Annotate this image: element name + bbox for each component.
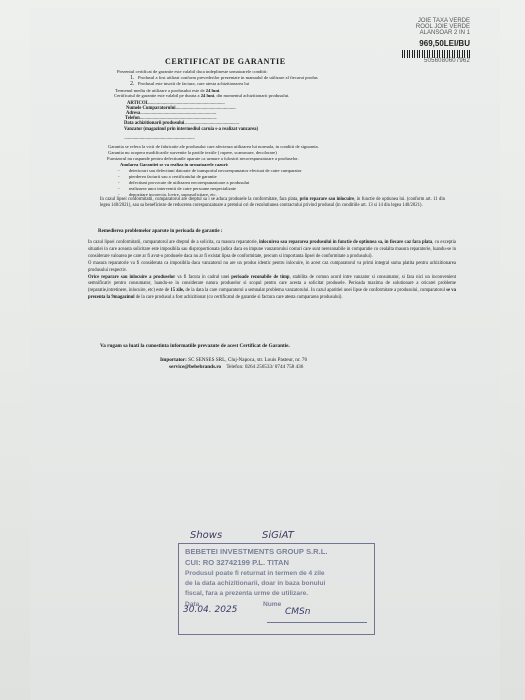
stamp-signature-line (267, 622, 367, 623)
validity: Certificatul de garantie este valabil pe… (114, 93, 289, 98)
importer-line: Importator: SC SENSES SRL, Cluj-Napoca, … (160, 358, 307, 363)
conformity-text: In cazul lipsei conformitatii, cumparato… (100, 197, 300, 202)
barcode-icon (402, 50, 470, 58)
field-purchase-date: Data achizitionarii produsului..........… (124, 121, 239, 126)
barcode-number: 5056080607962 (402, 58, 470, 64)
validity-value: 24 luni (201, 93, 214, 98)
remedy-paragraph: In cazul lipsei conformitatii, cumparato… (88, 240, 456, 302)
condition-text: Produsul este insotit de factura, care a… (138, 81, 249, 86)
store-stamp: BEBETEI INVESTMENTS GROUP S.R.L. CUI: RO… (178, 543, 375, 635)
handwritten-note-right: SiGiAT (262, 530, 294, 541)
stamp-cui: CUI: RO 32742199 P.L. TITAN (185, 558, 289, 567)
coverage-line: Furnizorul nu raspunde pentru defectiuni… (107, 156, 299, 161)
field-seller: Vanzator (magazinul prin intermediul car… (124, 127, 258, 132)
remedy-text: va fi facuta in cadrul unei (175, 275, 231, 280)
field-label: Vanzator (magazinul prin intermediul car… (124, 127, 258, 132)
sticker-name-line: ALANSOAR 2 IN 1 (402, 30, 470, 36)
field-seller-dots: ........................................… (124, 136, 195, 141)
stamp-company: BEBETEI INVESTMENTS GROUP S.R.L. (185, 547, 327, 556)
condition-2: 2. Produsul este insotit de factura, car… (130, 81, 249, 87)
importer-phone: Telefon: 0264 256533/ 0744 758 436 (226, 364, 303, 370)
validity-prefix: Certificatul de garantie este valabil pe… (114, 93, 201, 98)
sticker-price: 969,50LEI/BU (402, 39, 470, 48)
validity-suffix: , din momentul achizitionarii produsului… (214, 93, 289, 98)
closing-note: Va rugam sa luati la cunostinta informat… (100, 344, 290, 349)
condition-text: Produsul a fost utilizat conform prevede… (138, 75, 318, 80)
remedy-bold: perioade rezonabile de timp (231, 275, 289, 280)
remedy-text: In cazul lipsei conformitatii, cumparato… (88, 240, 259, 245)
handwritten-note-left: Shows (190, 530, 222, 541)
intro-text: Prezentul certificat de garantie este va… (117, 69, 268, 74)
cancellation-item: - deteriorari sau defectiuni datorate de… (118, 168, 302, 173)
coverage-line: Garantia nu acopera modificarile surveni… (108, 150, 277, 155)
remedy-bold: Orice reparare sau inlocuire a produselo… (88, 275, 175, 280)
price-sticker: JOIE TAXA VERDE ROOL JOIE VERDE ALANSOAR… (402, 18, 470, 62)
cancellation-item: - defectiuni provocate de utilizarea nec… (118, 180, 249, 185)
condition-number: 2. (130, 81, 135, 87)
cancellation-item-text: realizarea unor interventii de catre per… (129, 186, 236, 191)
conformity-bold: prin reparare sau inlocuire (300, 197, 355, 202)
stamp-return-line: Produsul poate fi returnat in termen de … (185, 570, 325, 577)
field-dots: ........................................… (184, 121, 239, 126)
cancellation-heading: Anularea Garantiei se va realiza in urma… (120, 162, 229, 167)
conformity-paragraph: In cazul lipsei conformitatii, cumparato… (100, 197, 445, 209)
coverage-line: Garantia se refera la vicii de fabricati… (108, 144, 319, 149)
importer-email[interactable]: service@bebebrands.ro (169, 364, 221, 370)
stamp-return-line: fiscal, fara a prezenta urme de utilizar… (185, 590, 308, 597)
cancellation-item: - pierderea facturii sau a certificatulu… (118, 174, 217, 179)
stamp-name-label: Nume (263, 601, 281, 608)
sticker-product-name: JOIE TAXA VERDE ROOL JOIE VERDE ALANSOAR… (402, 18, 470, 36)
handwritten-date: 30.04. 2025 (183, 605, 237, 615)
cancellation-item-text: pierderea facturii sau a certificatului … (129, 174, 217, 179)
importer-label: Importator: (160, 357, 187, 363)
importer-value: SC SENSES SRL, Cluj-Napoca, str. Louis P… (187, 357, 307, 363)
remedy-text: O masura reparatorie va fi considerata c… (88, 261, 456, 273)
remedy-text: de la data la care cumparatorul a semnal… (184, 288, 446, 293)
contact-line: service@bebebrands.ro Telefon: 0264 2565… (169, 365, 303, 370)
field-dots: ........................................… (124, 136, 195, 141)
remedy-text: de la care produsul a fost achizitionat … (135, 295, 343, 300)
certificate-title: CERTIFICAT DE GARANTIE (165, 57, 286, 66)
handwritten-signature: CMSn (285, 607, 310, 617)
cancellation-item-text: defectiuni provocate de utilizarea necor… (129, 180, 250, 185)
stamp-return-line: de la data achizitionarii, doar in baza … (185, 580, 325, 587)
remedy-bold: 15 zile, (170, 288, 184, 293)
cancellation-item-text: deteriorari sau defectiuni datorate de t… (129, 168, 302, 173)
remedy-heading: Remedierea problemelor aparute in perioa… (98, 229, 223, 234)
field-label: Data achizitionarii produsului (124, 121, 184, 126)
remedy-bold: inlocuirea sau repararea produsului in f… (259, 240, 432, 245)
cancellation-item: - realizarea unor interventii de catre p… (118, 186, 236, 191)
